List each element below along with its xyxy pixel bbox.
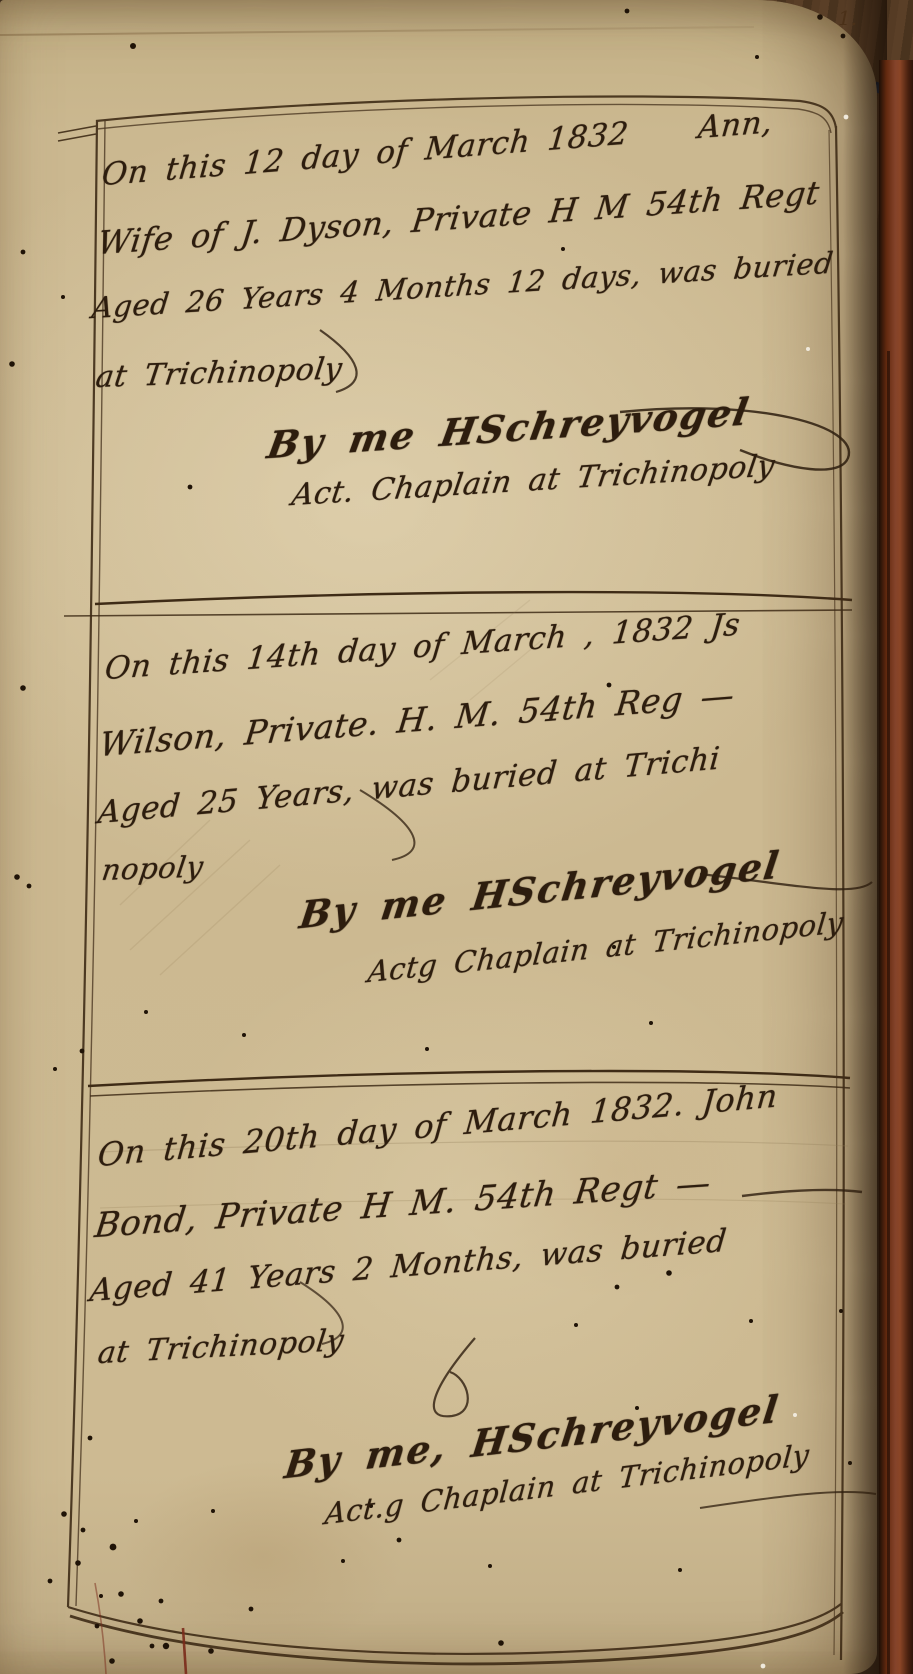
entry-line: nopoly — [100, 849, 206, 887]
register-page-scan: 1. On this 12 day of March 1832 Ann, Wif… — [0, 0, 913, 1674]
book-fore-edge — [879, 60, 913, 1674]
page-number: 1. — [838, 6, 857, 30]
